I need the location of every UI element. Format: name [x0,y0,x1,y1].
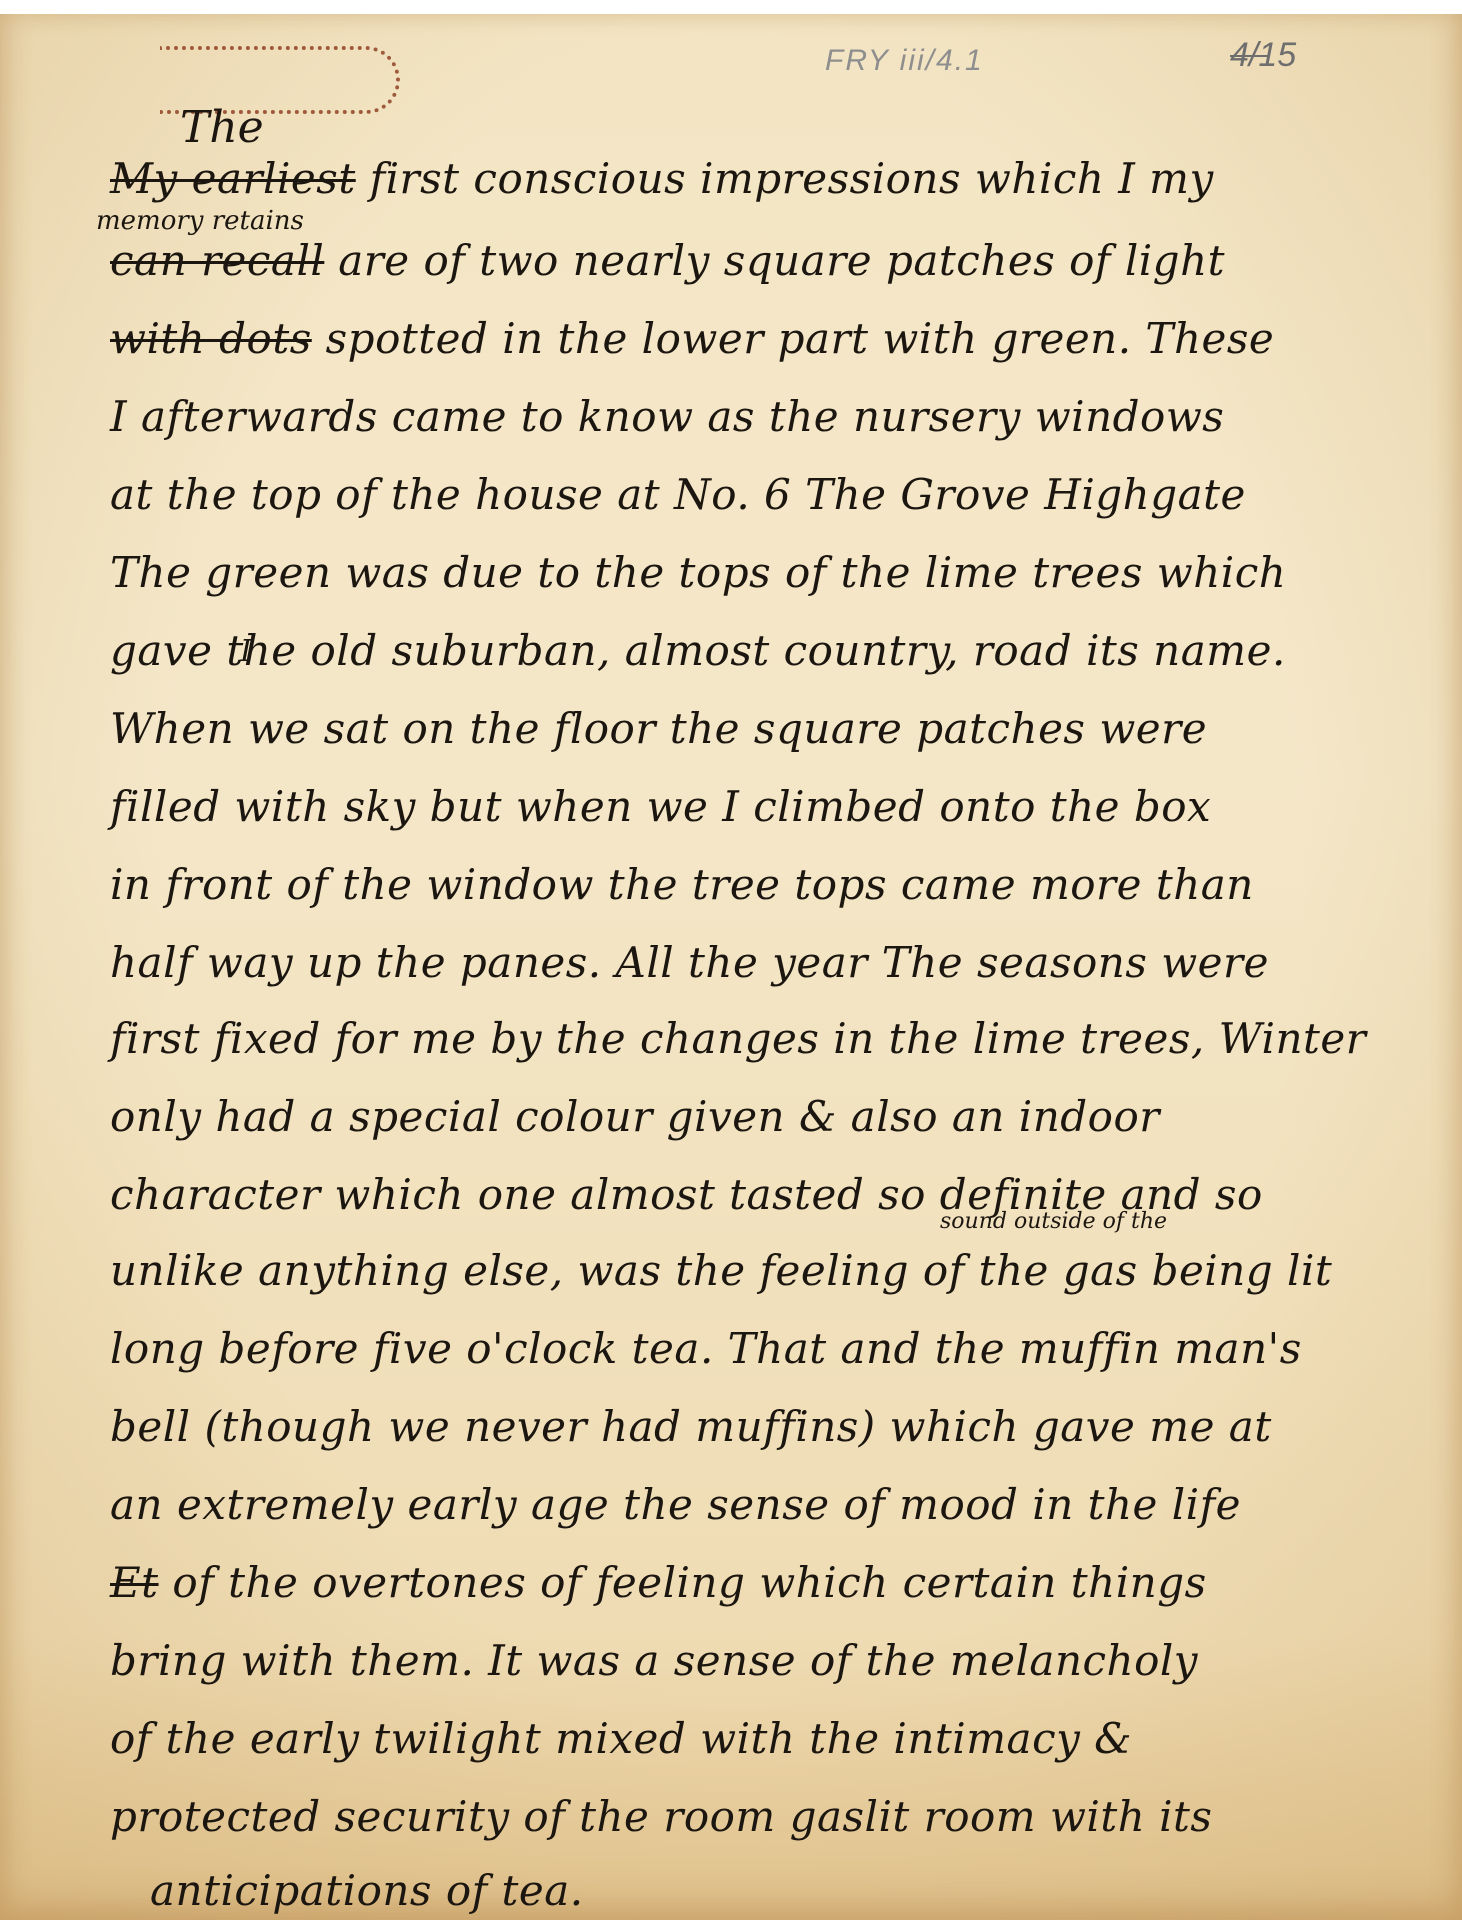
manuscript-line: with dots spotted in the lower part with… [110,314,1274,363]
deleted-text: Et [110,1558,159,1607]
manuscript-line: character which one almost tasted so def… [110,1170,1263,1219]
manuscript-line: The green was due to the tops of the lim… [110,548,1286,597]
manuscript-line: gave the old suburban, almost country, r… [110,626,1286,675]
manuscript-line: anticipations of tea. [150,1866,584,1915]
manuscript-line: filled with sky but when we I climbed on… [110,782,1211,831]
manuscript-line: only had a special colour given & also a… [110,1092,1160,1141]
manuscript-line: My earliest first conscious impressions … [110,154,1214,203]
manuscript-line: first fixed for me by the changes in the… [110,1014,1366,1063]
deleted-text: with dots [110,314,312,363]
manuscript-line: of the early twilight mixed with the int… [110,1714,1132,1763]
manuscript-line: I afterwards came to know as the nursery… [110,392,1224,441]
deleted-text: can recall [110,236,324,285]
manuscript-line: at the top of the house at No. 6 The Gro… [110,470,1246,519]
manuscript-line: unlike anything else, was the feeling of… [110,1246,1332,1295]
manuscript-line: in front of the window the tree tops cam… [110,860,1254,909]
manuscript-page: FRY iii/4.1 4/15 The memory retains I so… [0,14,1462,1920]
archive-reference: FRY iii/4.1 [825,44,984,78]
manuscript-line: an extremely early age the sense of mood… [110,1480,1241,1529]
manuscript-line: protected security of the room gaslit ro… [110,1792,1213,1841]
manuscript-line: long before five o'clock tea. That and t… [110,1324,1302,1373]
insertion-memory-retains: memory retains [96,206,304,236]
manuscript-line: bring with them. It was a sense of the m… [110,1636,1198,1685]
manuscript-line: Et of the overtones of feeling which cer… [110,1558,1207,1607]
folio-number: 4/15 [1230,36,1296,75]
torn-paper-edge [0,0,1462,14]
deleted-text: My earliest [110,154,356,203]
insertion-the: The [180,102,264,153]
manuscript-line: can recall are of two nearly square patc… [110,236,1225,285]
manuscript-line: half way up the panes. All the year The … [110,938,1269,987]
manuscript-line: When we sat on the floor the square patc… [110,704,1207,753]
manuscript-line: bell (though we never had muffins) which… [110,1402,1272,1451]
